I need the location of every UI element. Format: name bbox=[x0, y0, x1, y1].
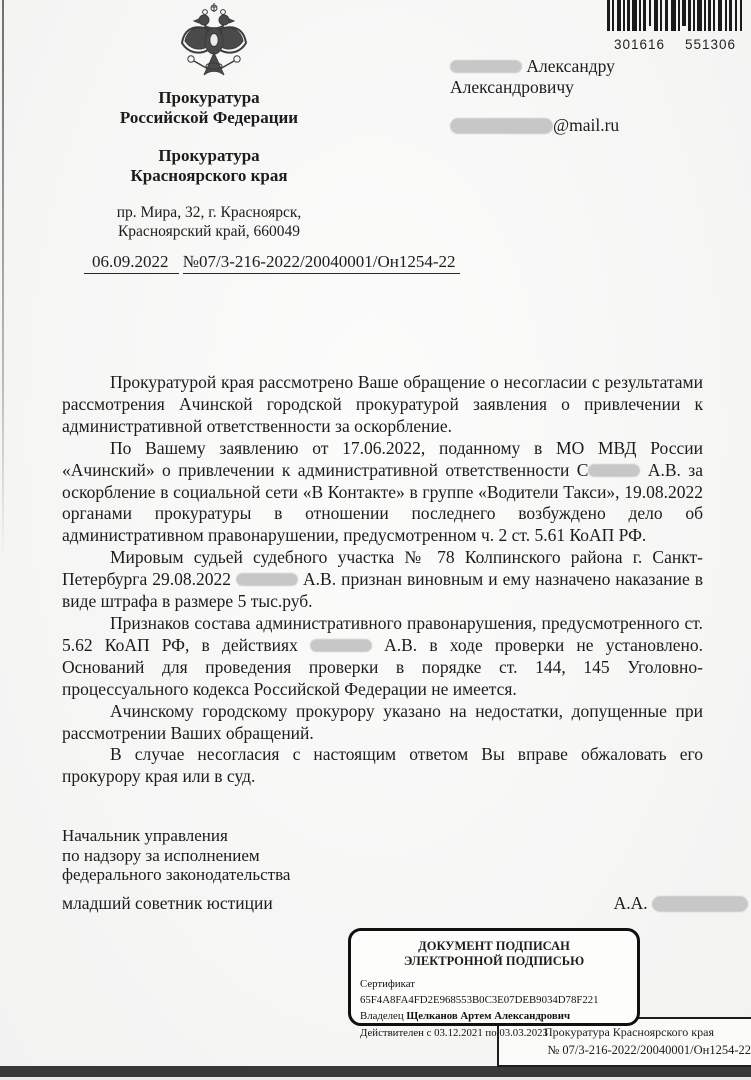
org2-line1: Прокуратура bbox=[58, 146, 360, 166]
letterhead: Прокуратура Российской Федерации Прокура… bbox=[58, 88, 360, 241]
signer-title-line2: по надзору за исполнением bbox=[62, 846, 290, 866]
email-domain: @mail.ru bbox=[553, 115, 619, 135]
body-paragraph: В случае несогласия с настоящим ответом … bbox=[62, 744, 703, 788]
org-regional-name: Прокуратура Красноярского края bbox=[58, 146, 360, 186]
esign-owner: Владелец Щелканов Артем Александрович bbox=[360, 1008, 631, 1024]
barcode-numbers: 301616 551306 bbox=[606, 37, 744, 52]
signer-name: А.А. bbox=[614, 893, 748, 914]
redaction-name bbox=[588, 464, 640, 477]
body-paragraph: По Вашему заявлению от 17.06.2022, подан… bbox=[62, 438, 703, 548]
esign-valid-from: 03.12.2021 bbox=[434, 1027, 483, 1039]
reference-line: 06.09.2022 №07/3-216-2022/20040001/Он125… bbox=[84, 252, 460, 272]
scanned-letter: { "ink": "#1c1c1c", "barcode": {"left_nu… bbox=[0, 0, 751, 1080]
redaction-name bbox=[310, 639, 372, 652]
barcode-bars bbox=[607, 0, 743, 31]
addressee-patronymic: Александровичу bbox=[450, 77, 619, 98]
addressee-first-name: Александру bbox=[526, 56, 615, 76]
org-postal-address: пр. Мира, 32, г. Красноярск, Красноярски… bbox=[58, 203, 360, 241]
esign-title-line2: ЭЛЕКТРОННОЙ ПОДПИСЬЮ bbox=[351, 954, 637, 969]
esign-valid-to: 03.03.2023 bbox=[499, 1027, 548, 1039]
org1-line2: Российской Федерации bbox=[58, 108, 360, 128]
body-paragraph: Мировым судьей судебного участка № 78 Ко… bbox=[62, 547, 703, 613]
org1-line1: Прокуратура bbox=[58, 88, 360, 108]
signer-title: Начальник управления по надзору за испол… bbox=[62, 826, 290, 885]
addressee-name-line1: Александру bbox=[450, 56, 619, 77]
redaction-name bbox=[236, 573, 298, 586]
org2-line2: Красноярского края bbox=[58, 166, 360, 186]
body-paragraph: Признаков состава административного прав… bbox=[62, 613, 703, 701]
esign-title: ДОКУМЕНТ ПОДПИСАН ЭЛЕКТРОННОЙ ПОДПИСЬЮ bbox=[351, 939, 637, 969]
address-line2: Красноярский край, 660049 bbox=[58, 222, 360, 241]
scan-edge-artifact bbox=[2, 0, 4, 560]
electronic-signature-stamp: ДОКУМЕНТ ПОДПИСАН ЭЛЕКТРОННОЙ ПОДПИСЬЮ С… bbox=[348, 928, 640, 1026]
addressee-block: Александру Александровичу @mail.ru bbox=[450, 56, 619, 136]
signer-title-line1: Начальник управления bbox=[62, 826, 290, 846]
signer-rank: младший советник юстиции bbox=[62, 893, 273, 914]
esign-details: Сертификат 65F4A8FA4FD2E968553B0C3E07DEB… bbox=[360, 976, 631, 1041]
esign-title-line1: ДОКУМЕНТ ПОДПИСАН bbox=[351, 939, 637, 954]
signature-row: младший советник юстиции А.А. bbox=[62, 893, 748, 914]
redaction-signer-surname bbox=[652, 896, 748, 912]
coat-of-arms-eagle-icon bbox=[176, 3, 252, 85]
esign-certificate: Сертификат 65F4A8FA4FD2E968553B0C3E07DEB… bbox=[360, 976, 631, 1008]
barcode-number-left: 301616 bbox=[614, 37, 665, 52]
esign-validity: Действителен с 03.12.2021 по 03.03.2023 bbox=[360, 1025, 631, 1041]
esign-cert-value: 65F4A8FA4FD2E968553B0C3E07DEB9034D78F221 bbox=[360, 994, 599, 1006]
esign-cert-label: Сертификат bbox=[360, 978, 415, 990]
redaction-surname bbox=[450, 60, 522, 73]
stamp-number: № 07/3-216-2022/20040001/Он1254-22 bbox=[499, 1043, 751, 1058]
barcode-number-right: 551306 bbox=[685, 37, 736, 52]
body-paragraph: Прокуратурой края рассмотрено Ваше обращ… bbox=[62, 372, 703, 438]
esign-valid-label: Действителен с bbox=[360, 1027, 431, 1039]
signer-title-line3: федерального законодательства bbox=[62, 865, 290, 885]
letter-body: Прокуратурой края рассмотрено Ваше обращ… bbox=[62, 372, 703, 788]
scan-bottom-edge bbox=[0, 1066, 751, 1077]
redaction-email-local bbox=[450, 118, 553, 134]
signer-initials: А.А. bbox=[614, 893, 648, 913]
body-paragraph: Ачинскому городскому прокурору указано н… bbox=[62, 701, 703, 745]
org-federal-name: Прокуратура Российской Федерации bbox=[58, 88, 360, 128]
letter-date: 06.09.2022 bbox=[84, 252, 179, 274]
addressee-email: @mail.ru bbox=[450, 115, 619, 136]
letter-number: №07/3-216-2022/20040001/Он1254-22 bbox=[183, 252, 460, 274]
esign-owner-name: Щелканов Артем Александрович bbox=[406, 1010, 570, 1022]
barcode: 301616 551306 bbox=[606, 0, 744, 52]
esign-valid-mid: по bbox=[485, 1027, 496, 1039]
address-line1: пр. Мира, 32, г. Красноярск, bbox=[58, 203, 360, 222]
esign-owner-label: Владелец bbox=[360, 1010, 404, 1022]
